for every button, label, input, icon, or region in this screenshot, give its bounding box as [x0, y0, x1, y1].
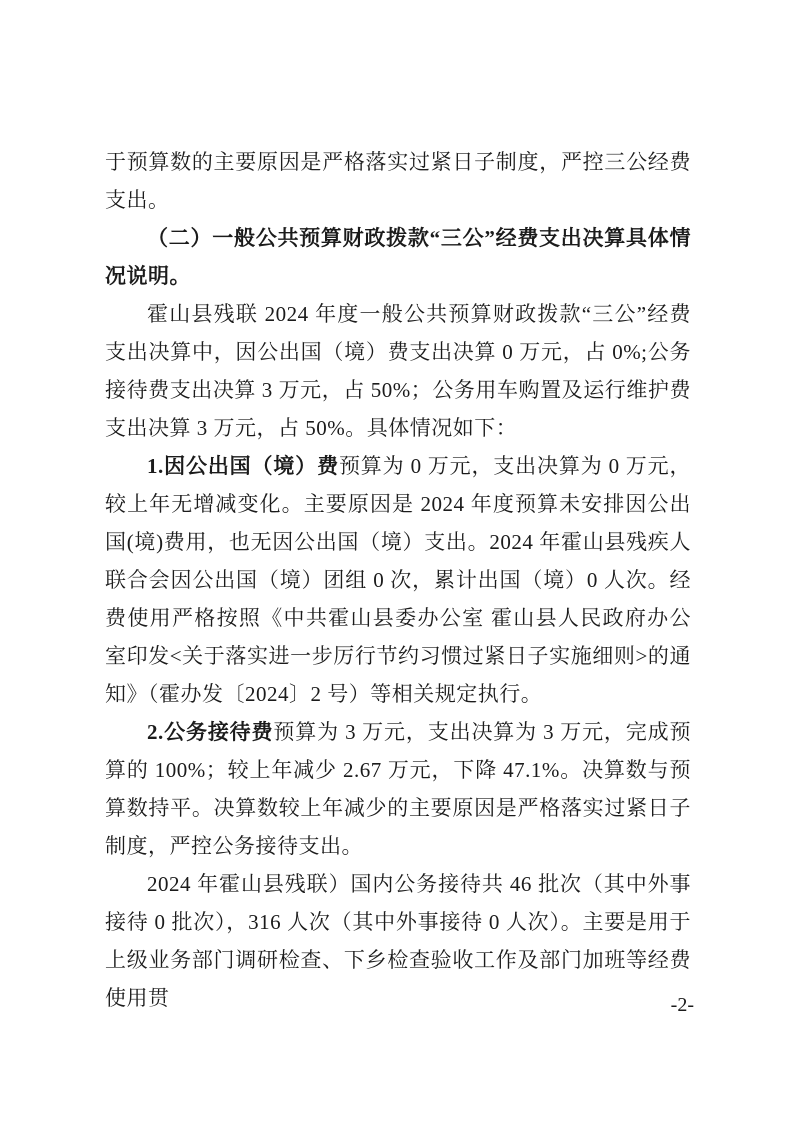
item-1-text: 预算为 0 万元，支出决算为 0 万元，较上年无增减变化。主要原因是 2024 …	[105, 454, 691, 706]
paragraph-overview: 霍山县残联 2024 年度一般公共预算财政拨款“三公”经费支出决算中，因公出国（…	[105, 295, 691, 447]
page-number: -2-	[671, 993, 694, 1017]
paragraph-item-2: 2.公务接待费预算为 3 万元，支出决算为 3 万元，完成预算的 100%；较上…	[105, 713, 691, 865]
paragraph-item-1: 1.因公出国（境）费预算为 0 万元，支出决算为 0 万元，较上年无增减变化。主…	[105, 447, 691, 713]
item-2-title: 2.公务接待费	[147, 720, 273, 744]
document-body: 于预算数的主要原因是严格落实过紧日子制度，严控三公经费支出。 （二）一般公共预算…	[105, 143, 691, 1017]
paragraph-reception-stats: 2024 年霍山县残联）国内公务接待共 46 批次（其中外事接待 0 批次），3…	[105, 865, 691, 1017]
document-page: 于预算数的主要原因是严格落实过紧日子制度，严控三公经费支出。 （二）一般公共预算…	[0, 0, 793, 1122]
item-1-title: 1.因公出国（境）费	[147, 454, 339, 478]
paragraph-carryover: 于预算数的主要原因是严格落实过紧日子制度，严控三公经费支出。	[105, 143, 691, 219]
section-heading: （二）一般公共预算财政拨款“三公”经费支出决算具体情况说明。	[105, 219, 691, 295]
